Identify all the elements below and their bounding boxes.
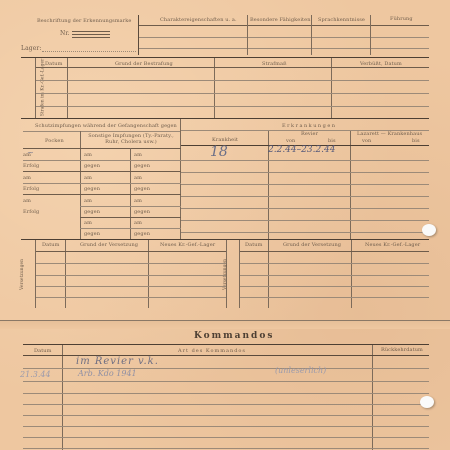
cell-am: am [134, 152, 142, 158]
col-lazarett: Lazarett — Krankenhaus [357, 131, 422, 137]
header-rule [23, 148, 181, 149]
col-revier: Revier [301, 131, 318, 137]
divider [180, 119, 181, 239]
record-card: Beschriftung der Erkennungsmarke Nr. Lag… [0, 0, 450, 450]
row-line [23, 381, 429, 382]
section-rule [21, 239, 429, 240]
cell-am: am [84, 152, 92, 158]
row-line [23, 437, 429, 438]
kommando-note-2: (unleserlich) [275, 366, 326, 375]
fold-shadow [0, 321, 450, 329]
row-line [80, 228, 181, 229]
col-fuehrung: Führung [390, 16, 413, 22]
row-line [181, 232, 429, 233]
revier-entry: 2.2.44–23.2.44 [268, 145, 335, 155]
cell-am: am [84, 220, 92, 226]
row-line [23, 160, 181, 161]
revier-bis: bis [328, 138, 336, 144]
row-line [240, 275, 429, 276]
divider [247, 15, 248, 55]
cell-erfolg: Erfolg [23, 163, 39, 169]
tag-label: Beschriftung der Erkennungsmarke [37, 18, 131, 24]
cell-gegen: gegen [84, 163, 100, 169]
row-line [240, 297, 429, 298]
row-line [181, 208, 429, 209]
col-v-datum: Datum [42, 242, 59, 248]
row-line [181, 184, 429, 185]
row-line [139, 48, 429, 49]
row-line [181, 172, 429, 173]
cell-am: am [23, 198, 31, 204]
divider [350, 131, 351, 239]
col-krankheit: Krankheit [212, 137, 238, 143]
nr-field[interactable] [72, 31, 110, 38]
cell-am: am [134, 175, 142, 181]
punch-hole [420, 396, 434, 408]
row-line [181, 220, 429, 221]
cell-gegen: gegen [134, 231, 150, 237]
cell-erfolg: Erfolg [23, 209, 39, 215]
row-line [23, 448, 429, 449]
row-line [36, 80, 429, 81]
col-k-datum: Datum [34, 348, 51, 354]
row-line [36, 263, 226, 264]
cell-am: am [23, 175, 31, 181]
row-line [36, 297, 226, 298]
row-line [23, 194, 181, 195]
col-faehigkeiten: Besondere Fähigkeiten [250, 17, 311, 23]
row-line [80, 217, 181, 218]
divider [311, 15, 312, 55]
cell-gegen: gegen [84, 209, 100, 215]
row-line [240, 263, 429, 264]
row-line [23, 393, 429, 394]
header-rule [139, 25, 429, 26]
section-rule [21, 118, 429, 119]
divider [138, 15, 139, 55]
cell-am: am [134, 198, 142, 204]
cell-gegen: gegen [134, 209, 150, 215]
lager-field[interactable] [42, 51, 136, 52]
kommando-date-2: 21.3.44 [20, 370, 51, 379]
row-line [23, 183, 181, 184]
col-k-rueckkehr: Rückkehrdatum [381, 347, 423, 353]
cell-gegen: gegen [134, 186, 150, 192]
versetzungen-side-label: Versetzungen [20, 259, 25, 290]
cell-gegen: gegen [84, 186, 100, 192]
cell-erfolg: Erfolg [23, 186, 39, 192]
row-line [23, 131, 181, 132]
col-v-grund: Grund der Versetzung [80, 242, 138, 248]
col-sonstige: Sonstige Impfungen (Ty.-Paraty., Ruhr, C… [83, 133, 179, 145]
col-sprachen: Sprachkenntnisse [318, 17, 365, 23]
divider [370, 15, 371, 55]
lager-label: Lager: [21, 45, 41, 52]
punch-hole [422, 224, 436, 236]
header-rule [240, 251, 429, 252]
lazarett-von: von [362, 138, 371, 144]
nr-label: Nr. [60, 30, 70, 37]
cell-am: am [84, 198, 92, 204]
row-line [181, 160, 429, 161]
row-line [23, 415, 429, 416]
cell-am: am [134, 220, 142, 226]
lazarett-bis: bis [412, 138, 420, 144]
col-k-art: Art des Kommandos [178, 348, 246, 354]
section-rule [23, 344, 429, 345]
col-v-datum-2: Datum [245, 242, 262, 248]
row-line [23, 426, 429, 427]
cell-am: am [84, 175, 92, 181]
row-line [36, 275, 226, 276]
col-v-grund-2: Grund der Versetzung [283, 242, 341, 248]
cell-gegen: gegen [84, 231, 100, 237]
col-v-lager-2: Neues Kr.-Gef.-Lager [365, 242, 420, 248]
kommandos-title: Kommandos [194, 331, 274, 341]
krankheit-entry: 18 [210, 144, 228, 160]
pocken-mark: ~ [27, 148, 34, 157]
col-v-lager: Neues Kr.-Gef.-Lager [160, 242, 215, 248]
row-line [181, 196, 429, 197]
divider [62, 345, 63, 450]
kommando-entry-2: Arb. Kdo 1941 [78, 369, 137, 378]
nr-field-line [72, 34, 110, 35]
cell-gegen: gegen [134, 163, 150, 169]
row-line [36, 106, 429, 107]
col-pocken: Pocken [45, 138, 64, 144]
row-line [23, 404, 429, 405]
row-line [36, 286, 226, 287]
col-charakter: Charaktereigenschaften u. a. [160, 17, 237, 23]
row-line [36, 93, 429, 94]
row-line [240, 286, 429, 287]
header-rule [36, 251, 226, 252]
row-line [139, 37, 429, 38]
kommando-entry-1: im Revier v.k. [76, 356, 159, 367]
erkrankungen-title: Erkrankungen [282, 123, 337, 129]
header-rule [36, 67, 429, 68]
section-rule [21, 57, 429, 58]
row-line [23, 171, 181, 172]
impfungen-title: Schutzimpfungen während der Gefangenscha… [35, 123, 177, 129]
row-line [80, 206, 181, 207]
divider [372, 345, 373, 450]
revier-von: von [286, 138, 295, 144]
